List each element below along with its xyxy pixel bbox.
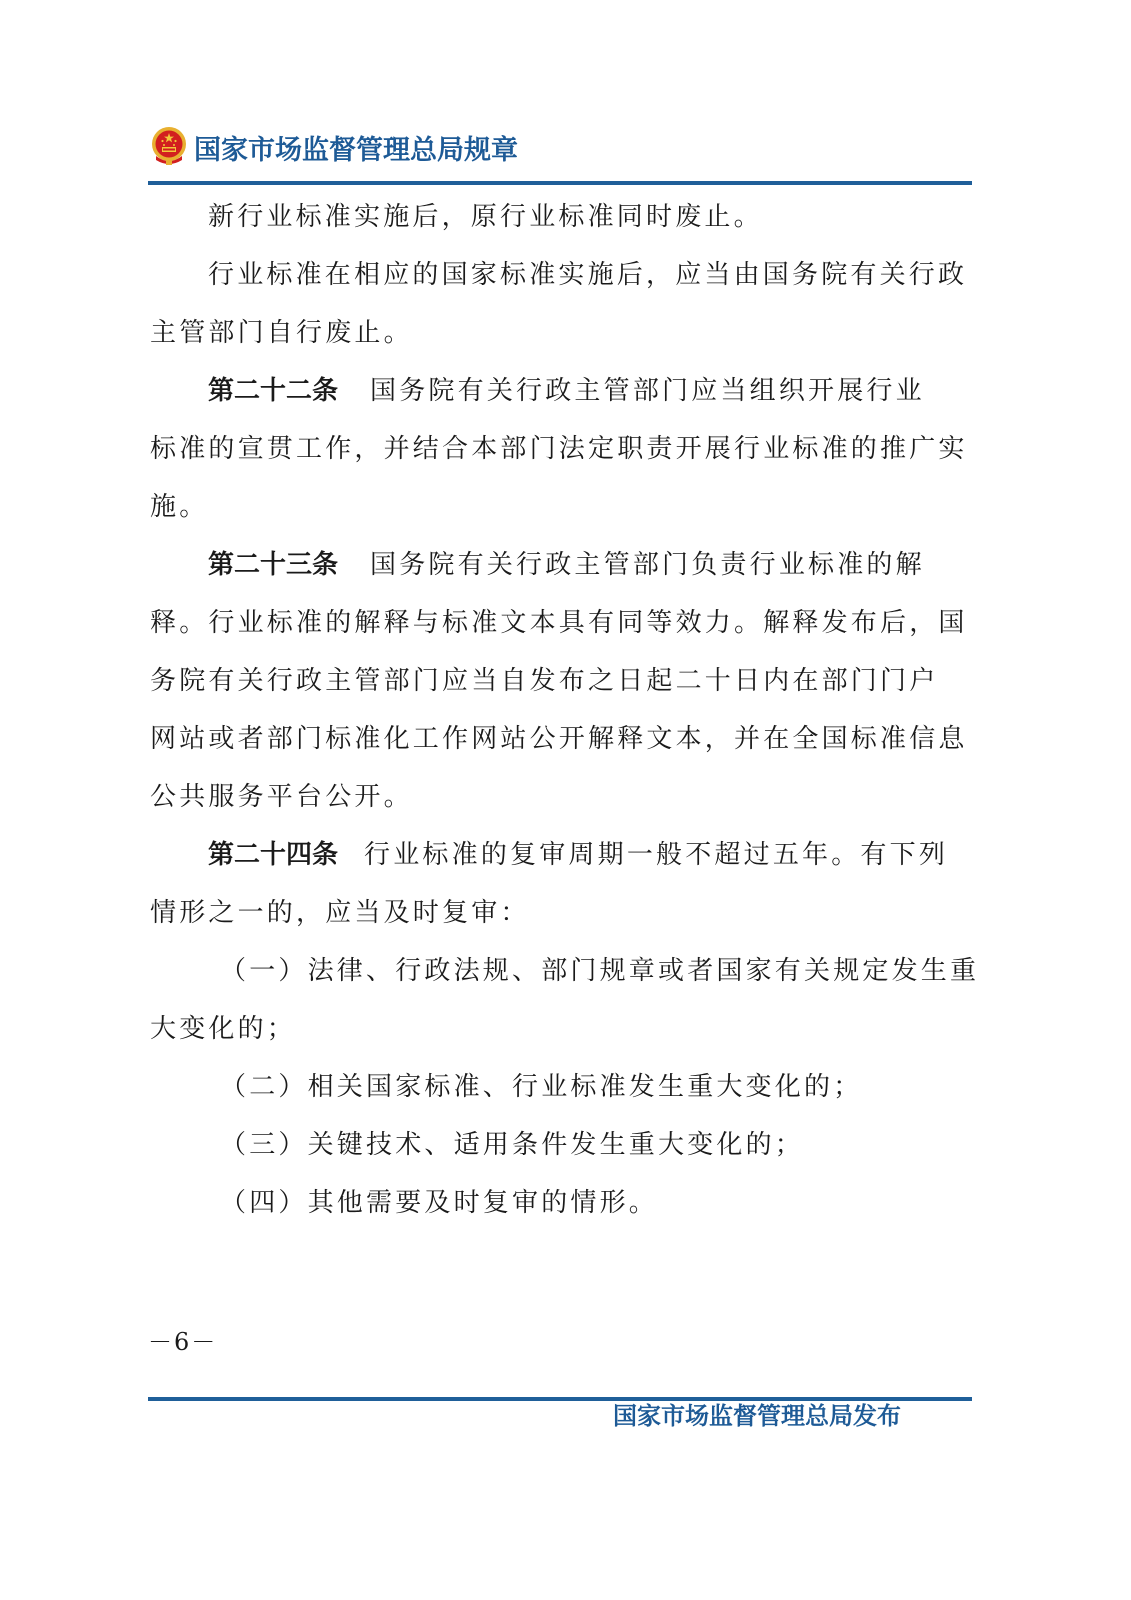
paragraph: 新行业标准实施后，原行业标准同时废止。 (150, 188, 970, 246)
header-title: 国家市场监督管理总局规章 (194, 128, 518, 167)
article-23: 第二十三条国务院有关行政主管部门负责行业标准的解 (150, 536, 970, 594)
paragraph: 行业标准在相应的国家标准实施后，应当由国务院有关行政 (150, 246, 970, 304)
article-text-line: 公共服务平台公开。 (150, 768, 970, 826)
article-24: 第二十四条行业标准的复审周期一般不超过五年。有下列 (150, 826, 970, 884)
article-text-line: 施。 (150, 478, 970, 536)
article-text: 国务院有关行政主管部门应当组织开展行业 (370, 376, 925, 406)
header-divider (148, 181, 972, 185)
article-text-line: 务院有关行政主管部门应当自发布之日起二十日内在部门门户 (150, 652, 970, 710)
national-emblem-icon (150, 126, 188, 168)
list-item: （一）法律、行政法规、部门规章或者国家有关规定发生重 (150, 942, 970, 1000)
list-item: （四）其他需要及时复审的情形。 (150, 1174, 970, 1232)
list-item: （二）相关国家标准、行业标准发生重大变化的； (150, 1058, 970, 1116)
paragraph-continuation: 主管部门自行废止。 (150, 304, 970, 362)
article-text: 行业标准的复审周期一般不超过五年。有下列 (364, 840, 948, 870)
article-text-line: 情形之一的，应当及时复审： (150, 884, 970, 942)
document-header: 国家市场监督管理总局规章 (150, 122, 518, 172)
article-text-line: 网站或者部门标准化工作网站公开解释文本，并在全国标准信息 (150, 710, 970, 768)
page-number: －6－ (148, 1322, 217, 1357)
document-body: 新行业标准实施后，原行业标准同时废止。 行业标准在相应的国家标准实施后，应当由国… (150, 188, 970, 1232)
article-number: 第二十三条 (208, 550, 338, 580)
article-22: 第二十二条国务院有关行政主管部门应当组织开展行业 (150, 362, 970, 420)
article-number: 第二十二条 (208, 376, 338, 406)
list-item-continuation: 大变化的； (150, 1000, 970, 1058)
article-number: 第二十四条 (208, 840, 338, 870)
list-item: （三）关键技术、适用条件发生重大变化的； (150, 1116, 970, 1174)
article-text-line: 释。行业标准的解释与标准文本具有同等效力。解释发布后，国 (150, 594, 970, 652)
footer-publisher: 国家市场监督管理总局发布 (613, 1396, 901, 1431)
article-text: 国务院有关行政主管部门负责行业标准的解 (370, 550, 925, 580)
article-text-line: 标准的宣贯工作，并结合本部门法定职责开展行业标准的推广实 (150, 420, 970, 478)
